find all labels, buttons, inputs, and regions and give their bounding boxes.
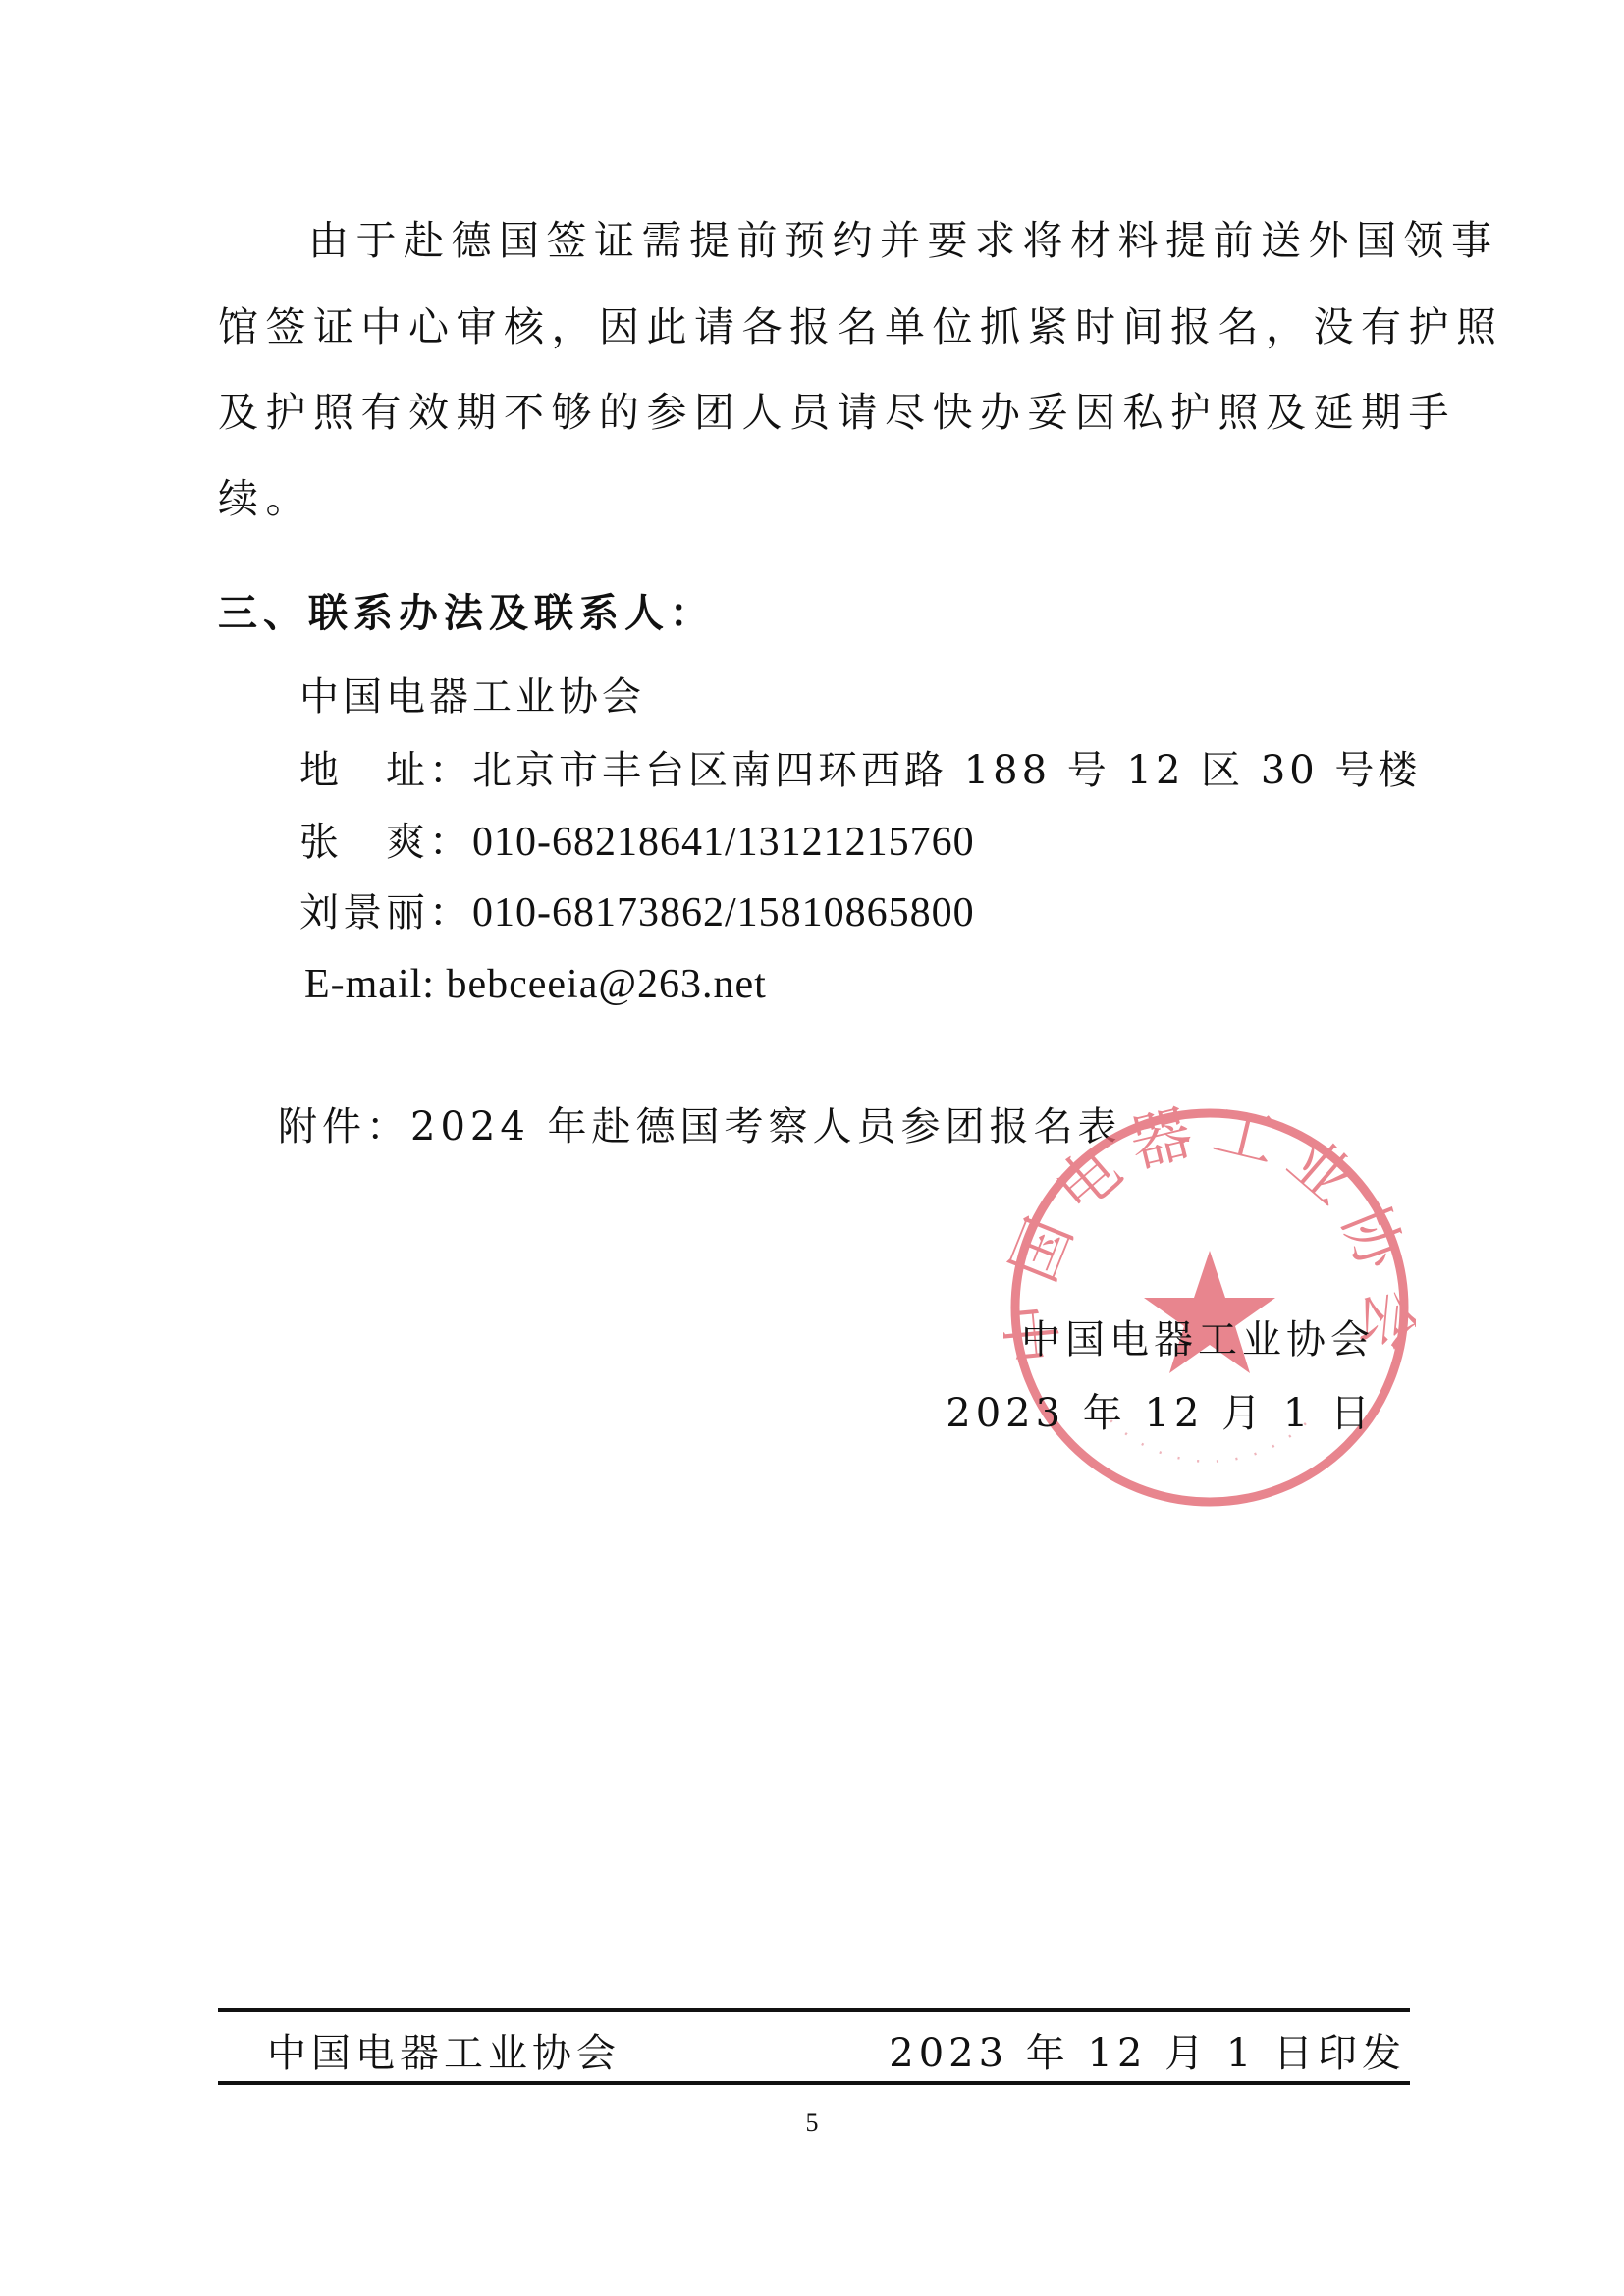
footer-top-rule bbox=[218, 2008, 1410, 2012]
attachment-note: 附件：2024 年赴德国考察人员参团报名表 bbox=[278, 1102, 1122, 1151]
contact-person-2: 刘景丽：010-68173862/15810865800 bbox=[299, 888, 975, 937]
email-link[interactable]: bebceeia@263.net bbox=[446, 962, 766, 1007]
person2-phone: 010-68173862/15810865800 bbox=[472, 890, 975, 935]
person1-label: 张 爽： bbox=[299, 820, 472, 865]
address-label: 地 址： bbox=[299, 748, 472, 793]
paragraph-line-4: 续。 bbox=[218, 474, 1426, 523]
contact-address: 地 址：北京市丰台区南四环西路 188 号 12 区 30 号楼 bbox=[299, 746, 1421, 795]
paragraph-line-3: 及护照有效期不够的参团人员请尽快办妥因私护照及延期手 bbox=[218, 388, 1426, 437]
paragraph-line-1: 由于赴德国签证需提前预约并要求将材料提前送外国领事 bbox=[218, 216, 1426, 265]
person1-phone: 010-68218641/13121215760 bbox=[472, 820, 975, 865]
contact-email: E-mail: bebceeia@263.net bbox=[304, 960, 767, 1009]
page-number: 5 bbox=[0, 2109, 1624, 2138]
document-page: 由于赴德国签证需提前预约并要求将材料提前送外国领事 馆签证中心审核，因此请各报名… bbox=[0, 0, 1624, 2296]
footer-bottom-rule bbox=[218, 2081, 1410, 2085]
email-label: E-mail: bbox=[304, 962, 446, 1007]
footer-issuer: 中国电器工业协会 bbox=[267, 2029, 621, 2078]
paragraph-line-2: 馆签证中心审核，因此请各报名单位抓紧时间报名，没有护照 bbox=[218, 302, 1426, 351]
address-value: 北京市丰台区南四环西路 188 号 12 区 30 号楼 bbox=[472, 748, 1421, 793]
contact-organization: 中国电器工业协会 bbox=[299, 672, 645, 721]
person2-label: 刘景丽： bbox=[299, 890, 472, 935]
signature-date: 2023 年 12 月 1 日 bbox=[946, 1389, 1375, 1438]
contact-person-1: 张 爽：010-68218641/13121215760 bbox=[299, 818, 975, 867]
signature-organization: 中国电器工业协会 bbox=[1021, 1315, 1375, 1364]
footer-issue-date: 2023 年 12 月 1 日印发 bbox=[889, 2029, 1406, 2078]
official-seal-stamp: 中国电器工业协会 · · · · · · · · · · · · bbox=[1003, 1101, 1416, 1514]
section-heading: 三、联系办法及联系人： bbox=[218, 589, 715, 638]
